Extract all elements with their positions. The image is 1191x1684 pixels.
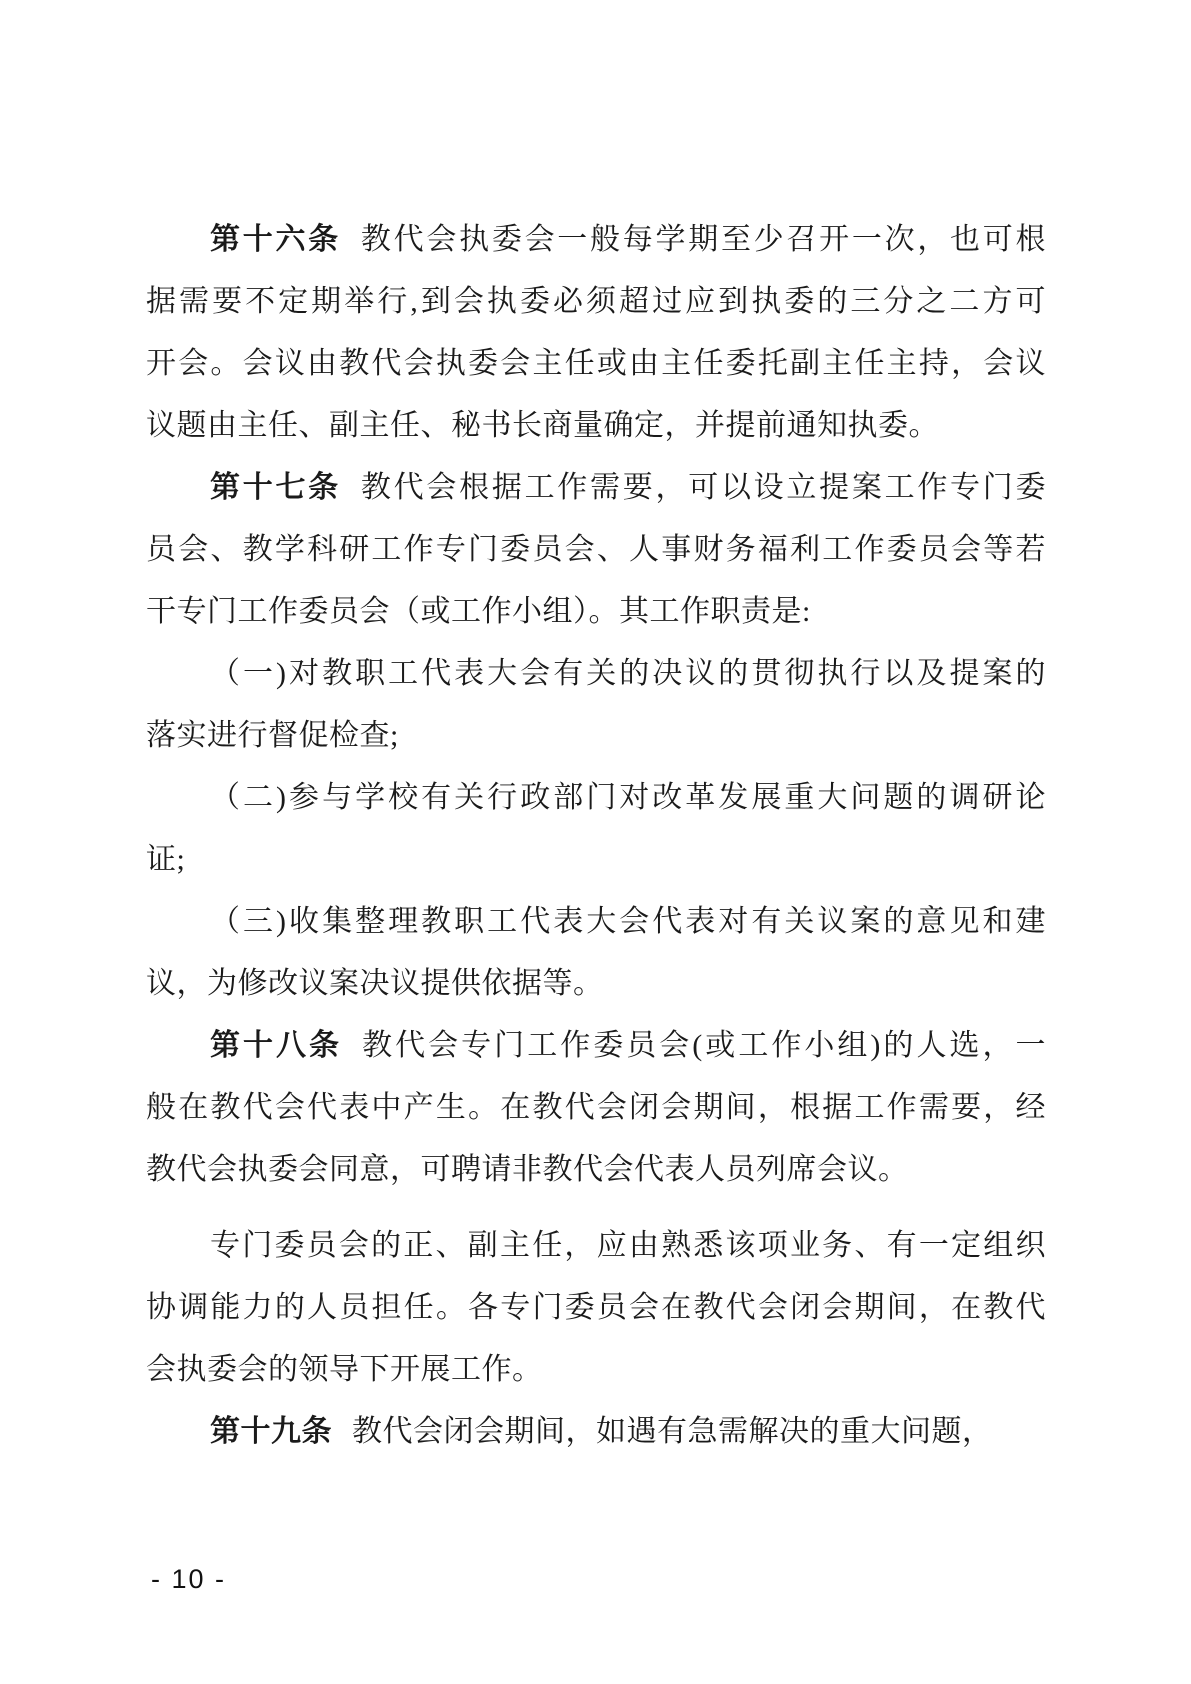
article-paragraph: 第十七条教代会根据工作需要，可以设立提案工作专门委员会、教学科研工作专门委员会、… (146, 457, 1046, 643)
article-paragraph: 第十八条教代会专门工作委员会(或工作小组)的人选，一般在教代会代表中产生。在教代… (146, 1015, 1046, 1201)
line-text: 教代会根据工作需要，可以设立提案工作专门委 (361, 471, 1046, 504)
line-text: 教代会专门工作委员会(或工作小组)的人选，一 (362, 1029, 1046, 1062)
line-text: 教代会闭会期间，如遇有急需解决的重大问题， (352, 1415, 993, 1448)
article-number-heading: 第十九条 (210, 1415, 332, 1448)
body-paragraph: （二)参与学校有关行政部门对改革发展重大问题的调研论证; (146, 767, 1046, 891)
document-page: 第十六条教代会执委会一般每学期至少召开一次，也可根据需要不定期举行,到会执委必须… (0, 0, 1191, 1684)
text-line: 开会。会议由教代会执委会主任或由主任委托副主任主持，会议 (146, 333, 1046, 395)
text-line: 落实进行督促检查; (146, 705, 1046, 767)
line-text: 教代会执委会一般每学期至少召开一次，也可根 (361, 223, 1046, 256)
article-number-heading: 第十六条 (210, 223, 341, 256)
body-paragraph: （三)收集整理教职工代表大会代表对有关议案的意见和建议，为修改议案决议提供依据等… (146, 891, 1046, 1015)
text-line: 专门委员会的正、副主任，应由熟悉该项业务、有一定组织 (146, 1215, 1046, 1277)
text-line: 员会、教学科研工作专门委员会、人事财务福利工作委员会等若 (146, 519, 1046, 581)
text-line: 会执委会的领导下开展工作。 (146, 1339, 1046, 1401)
article-number-heading: 第十八条 (210, 1029, 342, 1062)
article-paragraph: 第十九条教代会闭会期间，如遇有急需解决的重大问题， (146, 1401, 1046, 1463)
text-line: 第十八条教代会专门工作委员会(或工作小组)的人选，一 (146, 1015, 1046, 1077)
article-number-heading: 第十七条 (210, 471, 341, 504)
body-paragraph: 专门委员会的正、副主任，应由熟悉该项业务、有一定组织协调能力的人员担任。各专门委… (146, 1215, 1046, 1401)
text-line: 议题由主任、副主任、秘书长商量确定，并提前通知执委。 (146, 395, 1046, 457)
text-line: 协调能力的人员担任。各专门委员会在教代会闭会期间，在教代 (146, 1277, 1046, 1339)
page-number: - 10 - (151, 1563, 226, 1595)
text-line: 第十九条教代会闭会期间，如遇有急需解决的重大问题， (146, 1401, 1046, 1463)
text-line: （一)对教职工代表大会有关的决议的贯彻执行以及提案的 (146, 643, 1046, 705)
text-line: 第十六条教代会执委会一般每学期至少召开一次，也可根 (146, 209, 1046, 271)
text-line: （三)收集整理教职工代表大会代表对有关议案的意见和建 (146, 891, 1046, 953)
text-line: （二)参与学校有关行政部门对改革发展重大问题的调研论 (146, 767, 1046, 829)
text-line: 干专门工作委员会（或工作小组）。其工作职责是: (146, 581, 1046, 643)
text-line: 据需要不定期举行,到会执委必须超过应到执委的三分之二方可 (146, 271, 1046, 333)
text-line: 议，为修改议案决议提供依据等。 (146, 953, 1046, 1015)
text-line: 第十七条教代会根据工作需要，可以设立提案工作专门委 (146, 457, 1046, 519)
text-line: 教代会执委会同意，可聘请非教代会代表人员列席会议。 (146, 1139, 1046, 1201)
text-line: 般在教代会代表中产生。在教代会闭会期间，根据工作需要，经 (146, 1077, 1046, 1139)
body-paragraph: （一)对教职工代表大会有关的决议的贯彻执行以及提案的落实进行督促检查; (146, 643, 1046, 767)
article-paragraph: 第十六条教代会执委会一般每学期至少召开一次，也可根据需要不定期举行,到会执委必须… (146, 209, 1046, 457)
document-body: 第十六条教代会执委会一般每学期至少召开一次，也可根据需要不定期举行,到会执委必须… (146, 209, 1046, 1463)
text-line: 证; (146, 829, 1046, 891)
